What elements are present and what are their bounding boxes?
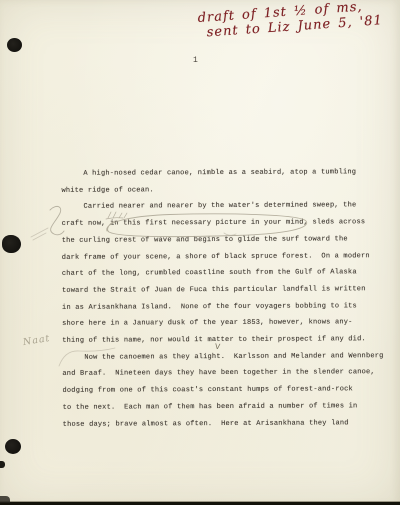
punch-hole-dot-top <box>7 38 22 52</box>
scan-corner-smudge <box>0 496 10 503</box>
typed-line: chart of the long, crumbled coastline so… <box>62 264 382 282</box>
typed-line: white ridge of ocean. <box>61 181 381 199</box>
typed-line: in as Arisankhana Island. None of the fo… <box>62 298 382 316</box>
punch-hole-dot-bottom <box>5 439 21 454</box>
typed-line: shore here in a January dusk of the year… <box>62 314 382 332</box>
typed-line: dodging from one of this coast's constan… <box>62 381 382 399</box>
handwritten-draft-note: draft of 1st ½ of ms, sent to Liz June 5… <box>197 0 399 41</box>
scan-bottom-edge <box>0 499 400 505</box>
typed-line: Now the canoemen as they alight. Karlsso… <box>62 348 382 366</box>
pencil-caret-mark: V <box>215 342 221 351</box>
typed-line: dark frame of your scene, a shore of bla… <box>62 248 382 266</box>
typed-line: those days; brave almost as often. Here … <box>63 415 383 433</box>
typed-line: craft now, in this first necessary pictu… <box>62 214 382 232</box>
typed-line: thing of this name, nor would it matter … <box>62 331 382 349</box>
typed-line: the curling crest of wave and begins to … <box>62 231 382 249</box>
typed-line: A high-nosed cedar canoe, nimble as a se… <box>61 164 381 182</box>
manuscript-page: draft of 1st ½ of ms, sent to Liz June 5… <box>0 0 400 505</box>
typed-line: to the next. Each man of them has been a… <box>63 398 383 416</box>
page-number: 1 <box>193 56 198 65</box>
typed-text-block: A high-nosed cedar canoe, nimble as a se… <box>61 164 382 433</box>
typed-line: Carried nearer and nearer by the water's… <box>61 198 381 216</box>
typed-line: and Braaf. Nineteen days they have been … <box>62 365 382 383</box>
left-edge-mark <box>0 461 5 468</box>
pencil-margin-squiggle <box>31 206 64 240</box>
punch-hole-dot-middle <box>2 235 21 253</box>
typed-line: toward the Strait of Juan de Fuca this p… <box>62 281 382 299</box>
pencil-margin-note: Naat <box>22 333 51 348</box>
